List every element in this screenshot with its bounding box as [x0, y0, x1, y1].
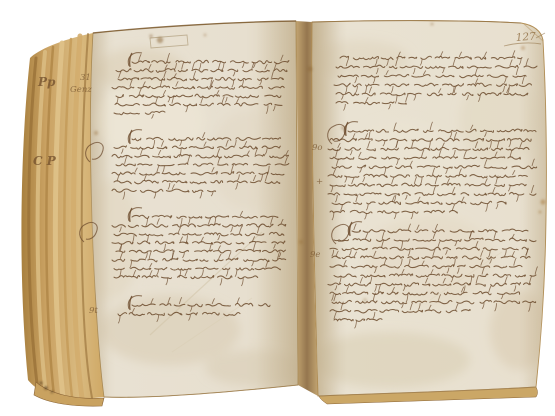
- fox-spot: [521, 46, 525, 50]
- marginal-mark: 9t: [89, 306, 98, 316]
- folio-number: 127: [515, 31, 536, 44]
- book: PpC P 31Genz9t9o+9e 127: [21, 21, 550, 407]
- fox-spot: [430, 22, 434, 26]
- fox-spot: [538, 210, 541, 213]
- fox-spot: [204, 34, 207, 37]
- right-page-shading: [312, 21, 547, 396]
- photo-stage: PpC P 31Genz9t9o+9e 127: [0, 0, 555, 416]
- fox-spot: [540, 199, 545, 204]
- fox-spot: [94, 131, 98, 135]
- fox-spot: [51, 391, 53, 393]
- fox-spot: [363, 298, 367, 302]
- marginal-mark: +: [316, 177, 323, 187]
- left-page-shading: [91, 21, 299, 397]
- edge-letter-mark: C P: [33, 154, 57, 168]
- manuscript-photo: PpC P 31Genz9t9o+9e 127: [0, 0, 555, 416]
- fox-spot: [157, 37, 163, 43]
- fox-spot: [149, 34, 153, 38]
- fox-spot: [40, 382, 43, 385]
- marginal-mark: 9e: [310, 250, 320, 260]
- marginal-mark: 9o: [312, 143, 323, 153]
- marginal-mark: 31: [80, 73, 91, 83]
- fox-spot: [307, 66, 312, 71]
- edge-letter-mark: Pp: [37, 75, 56, 89]
- fox-spot: [44, 386, 47, 389]
- marginal-mark: Genz: [70, 85, 92, 95]
- fox-spot: [299, 240, 303, 244]
